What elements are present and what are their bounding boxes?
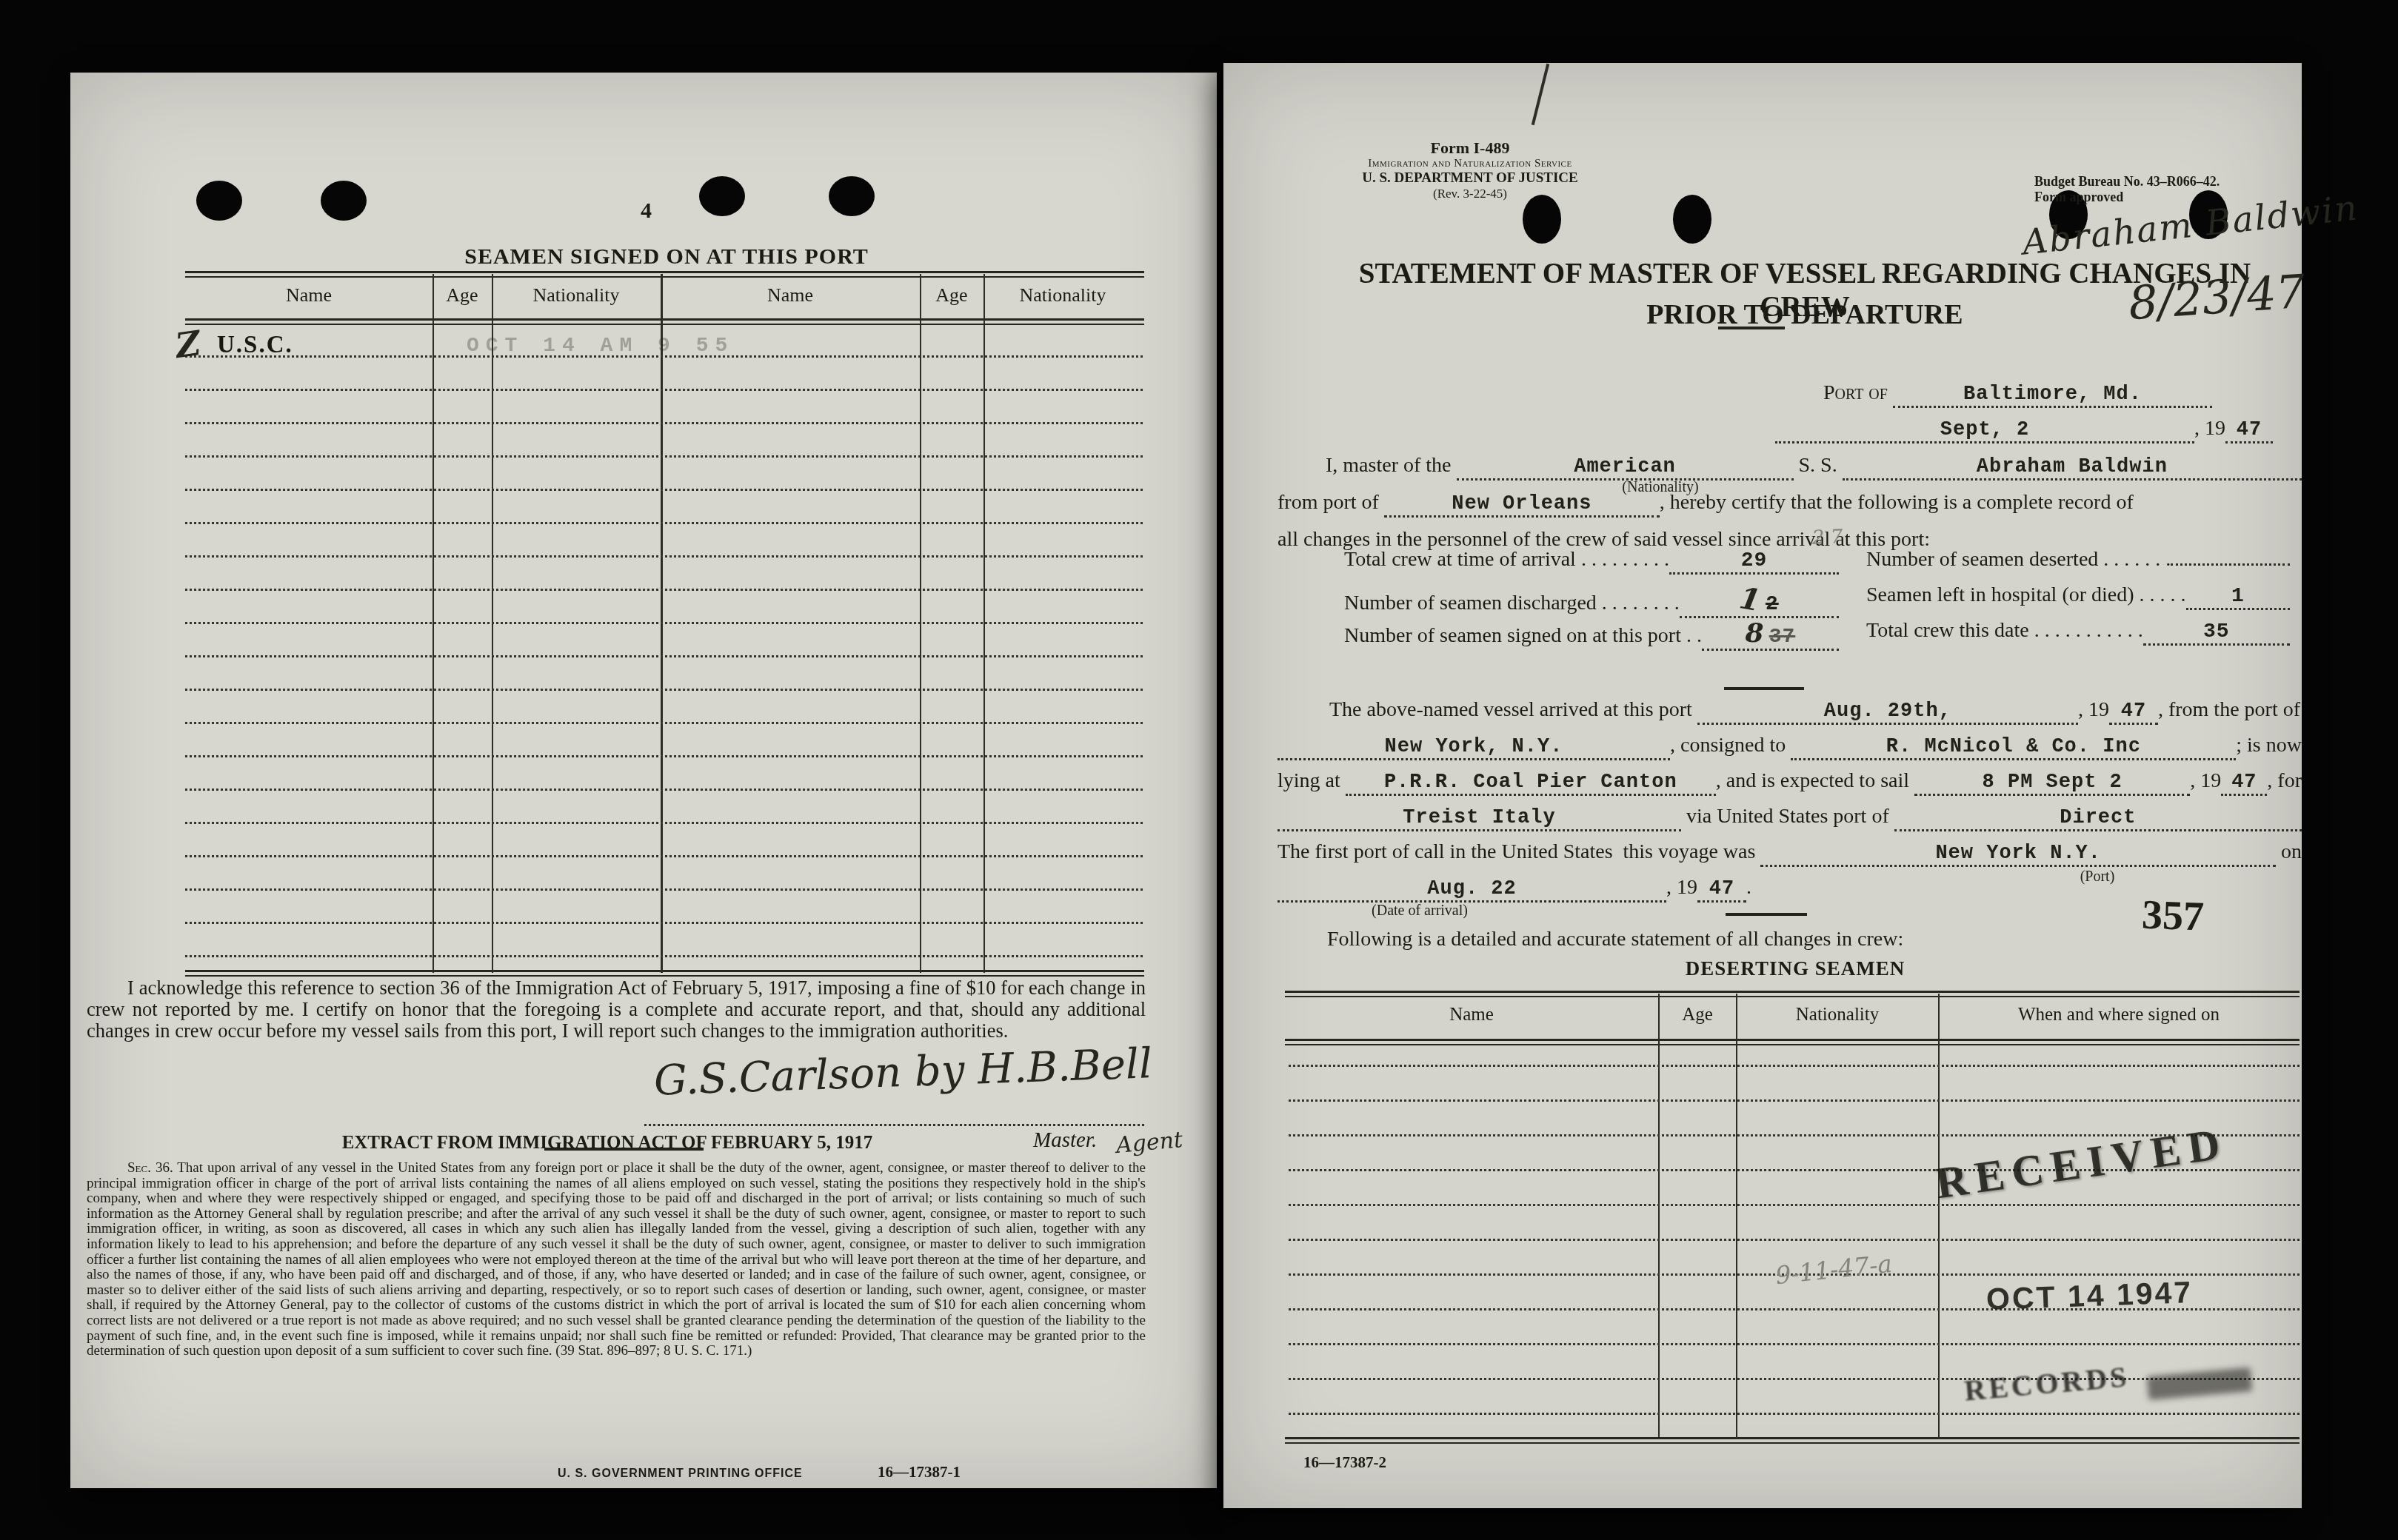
port-label: Port of <box>1823 381 1893 405</box>
punch-hole <box>321 181 367 221</box>
sail-year-value: 47 <box>2221 772 2267 796</box>
table-row <box>185 822 1143 824</box>
punch-hole <box>1523 195 1561 244</box>
form-id-block: Form I-489 Immigration and Naturalizatio… <box>1359 138 1581 201</box>
extract-lead: Sec. 36. <box>127 1160 173 1176</box>
table-row <box>1289 1099 2300 1102</box>
table-bottom-rule <box>185 970 1144 977</box>
table-row <box>185 589 1143 591</box>
stat-arrival-label: Total crew at time of arrival . . . . . … <box>1344 548 1669 572</box>
table-row <box>185 689 1143 691</box>
voyage-l1-19: , 19 <box>2078 698 2109 722</box>
master-line-label: I, master of the <box>1326 454 1457 478</box>
expected-sail-label: , and is expected to sail <box>1716 769 1914 793</box>
extract-paragraph: Sec. 36. That upon arrival of any vessel… <box>87 1161 1146 1359</box>
arrival-year-value: 47 <box>2109 701 2158 725</box>
extract-title: EXTRACT FROM IMMIGRATION ACT OF FEBRUARY… <box>126 1133 1089 1154</box>
via-port-value: Direct <box>1894 808 2302 831</box>
table-top-rule <box>185 271 1144 278</box>
ss-label: S. S. <box>1794 454 1843 478</box>
right-form-code: 16—17387-2 <box>1303 1453 1386 1472</box>
stat-hospital-label: Seamen left in hospital (or died) . . . … <box>1866 583 2186 607</box>
agency-line1: Immigration and Naturalization Service <box>1359 158 1581 170</box>
stat-signedon-struck: 37 <box>1769 626 1796 649</box>
voyage-line5: The first port of call in the United Sta… <box>1278 840 2302 867</box>
table-row <box>185 489 1143 491</box>
via-label: via United States port of <box>1681 805 1894 828</box>
extract-body: That upon arrival of any vessel in the U… <box>87 1160 1146 1359</box>
table-row <box>1289 1343 2300 1345</box>
voyage-l5-tail: on <box>2276 840 2302 864</box>
table-row <box>1289 1204 2300 1206</box>
table-row <box>1289 1065 2300 1067</box>
dcol-header-name: Name <box>1449 1005 1494 1025</box>
berth-value: P.R.R. Coal Pier Canton <box>1346 772 1716 796</box>
col-header-age2: Age <box>935 284 967 307</box>
table-row <box>1289 1239 2300 1241</box>
certify-text: , hereby certify that the following is a… <box>1660 491 2134 515</box>
scanned-document: 4 SEAMEN SIGNED ON AT THIS PORT Name Age… <box>0 0 2398 1540</box>
signature-line <box>644 1094 1144 1126</box>
from-port-of-value: New York, N.Y. <box>1278 737 1670 760</box>
voyage-line3: lying at P.R.R. Coal Pier Canton , and i… <box>1278 769 2302 796</box>
agency-line2: U. S. DEPARTMENT OF JUSTICE <box>1359 170 1581 187</box>
arrival-date-value: Aug. 29th, <box>1697 701 2078 725</box>
handwritten-number: 357 <box>2141 891 2205 941</box>
voyage-l2-tail: ; is now <box>2236 734 2302 757</box>
stat-deserted-label: Number of seamen deserted . . . . . . . <box>1866 548 2171 572</box>
table-row <box>185 855 1143 857</box>
table-row <box>185 888 1143 891</box>
voyage-l1-label: The above-named vessel arrived at this p… <box>1329 698 1697 722</box>
table-row <box>185 389 1143 391</box>
table-row <box>185 955 1143 957</box>
date-of-arrival-caption: (Date of arrival) <box>1335 903 1505 920</box>
printing-office-footer: U. S. GOVERNMENT PRINTING OFFICE <box>558 1467 803 1481</box>
lying-at-label: lying at <box>1278 769 1346 793</box>
col-header-nationality2: Nationality <box>1020 284 1106 307</box>
signedon-table-rows <box>185 355 1143 970</box>
table-row <box>185 722 1143 724</box>
left-form-code: 16—17387-1 <box>878 1463 961 1482</box>
port-caption: (Port) <box>2034 868 2160 885</box>
table-row <box>185 555 1143 558</box>
table-row <box>185 755 1143 757</box>
dcol-header-age: Age <box>1682 1005 1713 1025</box>
voyage-line4: Treist Italy via United States port of D… <box>1278 805 2302 831</box>
budget-number: Budget Bureau No. 43–R066–42. <box>2034 174 2286 190</box>
section-rule <box>1724 687 1804 690</box>
pen-slash-mark <box>1532 64 1549 125</box>
table-row <box>185 655 1143 657</box>
stat-discharged-label: Number of seamen discharged . . . . . . … <box>1344 592 1680 615</box>
date-year: 47 <box>2225 420 2273 443</box>
acknowledgment-paragraph: I acknowledge this reference to section … <box>87 977 1146 1042</box>
table-row <box>1289 1413 2300 1415</box>
col-header-nationality: Nationality <box>533 284 620 307</box>
punch-hole <box>1673 195 1711 244</box>
destination-value: Treist Italy <box>1278 808 1681 831</box>
date-value: Sept, 2 <box>1775 420 2194 443</box>
nationality-value: American <box>1457 457 1794 481</box>
from-port-value: New Orleans <box>1384 494 1660 518</box>
voyage-l3-19: , 19 <box>2190 769 2221 793</box>
dtable-top-rule <box>1285 991 2300 997</box>
faint-date-stamp: OCT 14 AM 9 55 <box>467 335 734 358</box>
table-row <box>185 789 1143 791</box>
stat-signedon: Number of seamen signed on at this port … <box>1344 619 1839 651</box>
deserting-seamen-title: DESERTING SEAMEN <box>1288 957 2302 980</box>
table-row <box>185 422 1143 424</box>
agent-annotation: Agent <box>1115 1127 1184 1159</box>
stat-hospital-value: 1 <box>2186 586 2290 610</box>
stat-deserted: Number of seamen deserted . . . . . . . <box>1866 548 2290 572</box>
following-statement: Following is a detailed and accurate sta… <box>1327 928 1903 951</box>
port-value: Baltimore, Md. <box>1893 384 2212 408</box>
first-port-date-value: Aug. 22 <box>1278 879 1666 903</box>
table-row <box>185 622 1143 624</box>
table-header-rule <box>185 318 1144 325</box>
revision-note: (Rev. 3-22-45) <box>1359 187 1581 201</box>
stat-total-value: 35 <box>2143 621 2290 646</box>
page-number: 4 <box>641 198 652 224</box>
first-port-value: New York N.Y. <box>1760 843 2276 867</box>
table-row <box>185 455 1143 458</box>
col-header-name2: Name <box>767 284 813 307</box>
left-page-title: SEAMEN SIGNED ON AT THIS PORT <box>189 244 1144 269</box>
sail-time-value: 8 PM Sept 2 <box>1914 772 2190 796</box>
stat-discharged-struck: 2 <box>1766 593 1779 616</box>
dcol-header-signedon: When and where signed on <box>2018 1005 2220 1025</box>
col-header-name: Name <box>286 284 332 307</box>
voyage-l3-tail: , for <box>2267 769 2302 793</box>
punch-hole <box>699 176 745 216</box>
stat-arrival-value: 29 <box>1669 550 1839 575</box>
master-line: I, master of the American S. S. Abraham … <box>1326 454 2302 481</box>
punch-hole <box>829 176 875 216</box>
voyage-l6-19: , 19 <box>1666 876 1697 900</box>
handwritten-flourish: Z <box>173 323 203 366</box>
title-underline <box>1718 327 1785 329</box>
stat-arrival: Total crew at time of arrival . . . . . … <box>1344 548 1839 575</box>
handwritten-entry: U.S.C. <box>217 332 293 359</box>
stat-discharged: Number of seamen discharged . . . . . . … <box>1344 583 1839 618</box>
stat-signedon-hand: 8 <box>1746 617 1764 649</box>
date-received-stamp: OCT 14 1947 <box>1985 1275 2194 1317</box>
section-rule2 <box>1726 913 1807 916</box>
table-row <box>185 922 1143 924</box>
stat-total-label: Total crew this date . . . . . . . . . .… <box>1866 619 2143 643</box>
form-number: Form I-489 <box>1359 138 1581 158</box>
left-page: 4 SEAMEN SIGNED ON AT THIS PORT Name Age… <box>70 73 1217 1488</box>
right-page: Form I-489 Immigration and Naturalizatio… <box>1223 63 2302 1508</box>
dcol-header-nationality: Nationality <box>1796 1005 1879 1025</box>
pencil-crew-note: 2 7 <box>1811 526 1843 549</box>
dtable-header-rule <box>1285 1039 2300 1045</box>
voyage-l1-tail: , from the port of <box>2158 698 2300 722</box>
consigned-label: , consigned to <box>1670 734 1791 757</box>
voyage-line1: The above-named vessel arrived at this p… <box>1329 698 2300 725</box>
stat-signedon-label: Number of seamen signed on at this port … <box>1344 624 1702 648</box>
stat-discharged-hand: 1 <box>1737 582 1763 617</box>
col-header-age: Age <box>446 284 478 307</box>
voyage-line6: Aug. 22 , 19 47 . <box>1278 876 1751 903</box>
dtable-bottom-rule <box>1285 1437 2300 1444</box>
voyage-l6-period: . <box>1746 876 1751 900</box>
stat-hospital: Seamen left in hospital (or died) . . . … <box>1866 583 2290 610</box>
table-row <box>185 522 1143 524</box>
year-prefix: , 19 <box>2194 417 2225 441</box>
first-port-year-value: 47 <box>1697 879 1746 903</box>
date-line: Sept, 2 , 19 47 <box>1775 417 2273 443</box>
punch-hole <box>196 181 242 221</box>
stat-deserted-value <box>2171 563 2290 566</box>
voyage-line2: New York, N.Y. , consigned to R. McNicol… <box>1278 734 2302 760</box>
from-port-line: from port of New Orleans , hereby certif… <box>1278 491 2302 518</box>
stat-total: Total crew this date . . . . . . . . . .… <box>1866 619 2290 646</box>
port-line: Port of Baltimore, Md. <box>1823 381 2212 408</box>
from-port-label: from port of <box>1278 491 1384 515</box>
vessel-name-value: Abraham Baldwin <box>1843 457 2302 481</box>
handwritten-date: 8/23/47 <box>2127 264 2308 330</box>
first-port-label: The first port of call in the United Sta… <box>1278 840 1760 864</box>
deserting-table-rows <box>1289 1065 2300 1427</box>
consignee-value: R. McNicol & Co. Inc <box>1791 737 2236 760</box>
